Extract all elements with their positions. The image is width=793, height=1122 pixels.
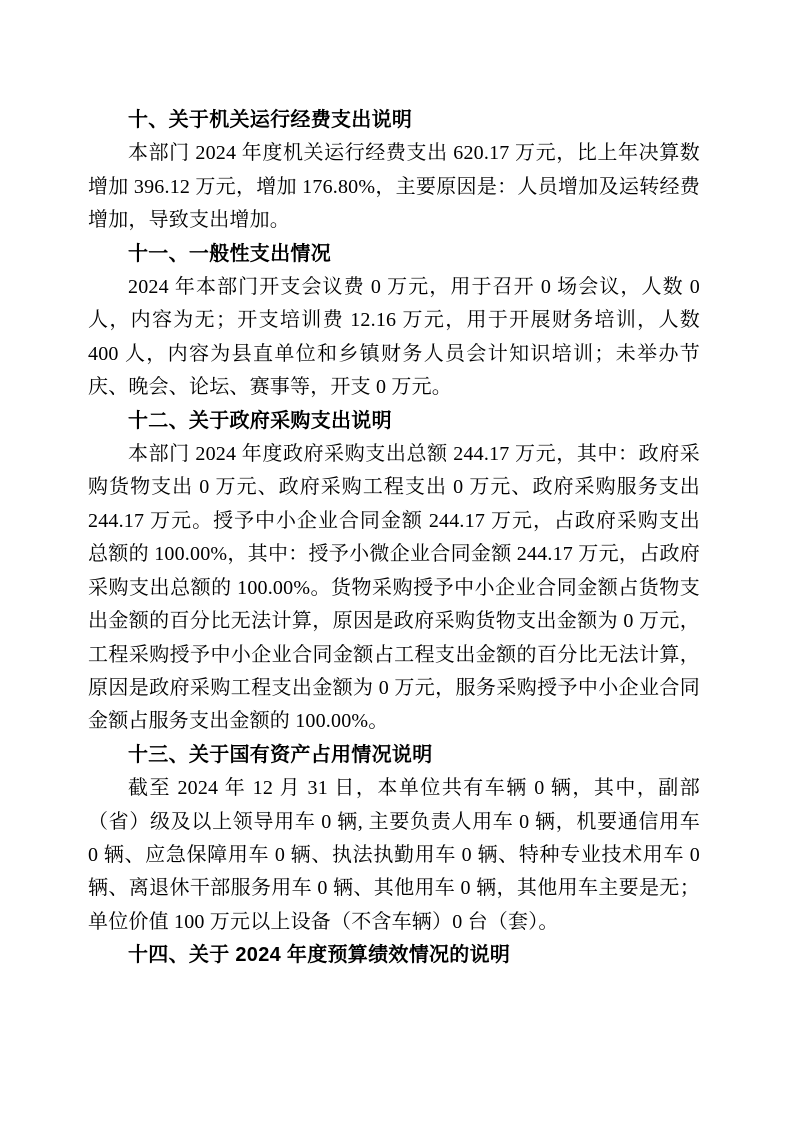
section-paragraph-12: 本部门 2024 年度政府采购支出总额 244.17 万元，其中：政府采购货物支… (88, 438, 700, 739)
section-heading-11: 十一、一般性支出情况 (88, 238, 700, 271)
section-government-procurement: 十二、关于政府采购支出说明 本部门 2024 年度政府采购支出总额 244.17… (88, 405, 700, 739)
document-page: 十、关于机关运行经费支出说明 本部门 2024 年度机关运行经费支出 620.1… (0, 0, 793, 1122)
section-budget-performance: 十四、关于 2024 年度预算绩效情况的说明 (88, 939, 700, 972)
section-paragraph-13: 截至 2024 年 12 月 31 日，本单位共有车辆 0 辆，其中，副部（省）… (88, 772, 700, 939)
section-organ-operating-expenses: 十、关于机关运行经费支出说明 本部门 2024 年度机关运行经费支出 620.1… (88, 104, 700, 238)
section-general-expenditure: 十一、一般性支出情况 2024 年本部门开支会议费 0 万元，用于召开 0 场会… (88, 238, 700, 405)
section-state-owned-assets: 十三、关于国有资产占用情况说明 截至 2024 年 12 月 31 日，本单位共… (88, 739, 700, 939)
section-paragraph-11: 2024 年本部门开支会议费 0 万元，用于召开 0 场会议，人数 0 人，内容… (88, 271, 700, 405)
section-heading-10: 十、关于机关运行经费支出说明 (88, 104, 700, 137)
section-heading-13: 十三、关于国有资产占用情况说明 (88, 739, 700, 772)
section-heading-14: 十四、关于 2024 年度预算绩效情况的说明 (88, 939, 700, 972)
section-heading-12: 十二、关于政府采购支出说明 (88, 405, 700, 438)
section-paragraph-10: 本部门 2024 年度机关运行经费支出 620.17 万元，比上年决算数增加 3… (88, 137, 700, 237)
